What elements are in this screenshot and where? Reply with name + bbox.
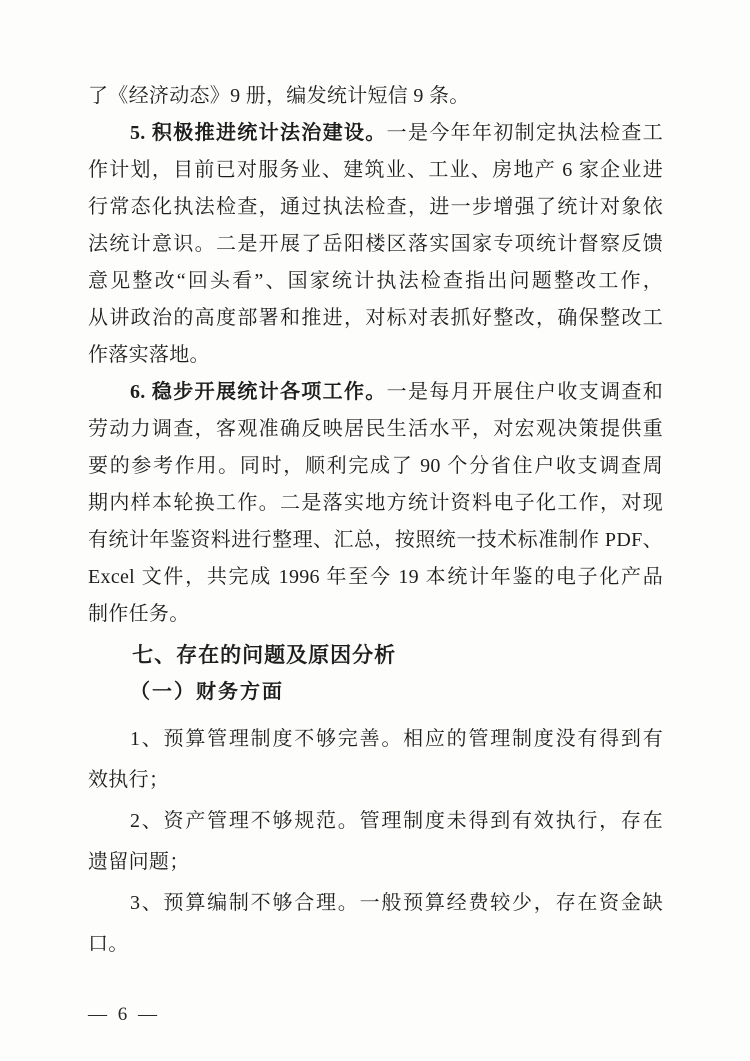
document-page: 了《经济动态》9 册，编发统计短信 9 条。 5. 积极推进统计法治建设。一是今… <box>0 0 750 1061</box>
paragraph-5-start: 5. 积极推进统计法治建设。一是今年年初制定执法检查工 <box>88 115 663 152</box>
text-line: 法统计意识。二是开展了岳阳楼区落实国家专项统计督察反馈 <box>88 226 663 263</box>
heading-text: 七、存在的问题及原因分析 <box>132 644 396 667</box>
text-line: 作落实落地。 <box>88 337 663 374</box>
text-line: Excel 文件，共完成 1996 年至今 19 本统计年鉴的电子化产品 <box>88 559 663 596</box>
text-line: 期内样本轮换工作。二是落实地方统计资料电子化工作，对现 <box>88 485 663 522</box>
text-line: 效执行； <box>88 760 663 801</box>
line-text: 有统计年鉴资料进行整理、汇总，按照统一技术标准制作 PDF、 <box>88 529 663 551</box>
paragraph-6-start: 6. 稳步开展统计各项工作。一是每月开展住户收支调查和 <box>88 374 663 411</box>
line-text: 意见整改“回头看”、国家统计执法检查指出问题整改工作， <box>88 270 663 292</box>
line-text: 法统计意识。二是开展了岳阳楼区落实国家专项统计督察反馈 <box>88 233 663 255</box>
document-body: 了《经济动态》9 册，编发统计短信 9 条。 5. 积极推进统计法治建设。一是今… <box>88 78 663 965</box>
line-text: 行常态化执法检查，通过执法检查，进一步增强了统计对象依 <box>88 196 663 218</box>
line-text: 一是今年年初制定执法检查工 <box>387 122 663 144</box>
section-heading-7: 七、存在的问题及原因分析 <box>88 637 663 674</box>
text-line: 制作任务。 <box>88 596 663 633</box>
text-line: 遗留问题； <box>88 842 663 883</box>
line-text: 效执行； <box>88 769 169 791</box>
line-text: 作落实落地。 <box>88 344 210 366</box>
text-line: 口。 <box>88 924 663 965</box>
text-line: 劳动力调查，客观准确反映居民生活水平，对宏观决策提供重 <box>88 411 663 448</box>
line-text: 一是每月开展住户收支调查和 <box>387 381 663 403</box>
line-text: 口。 <box>88 933 129 955</box>
paragraph-5-heading: 5. 积极推进统计法治建设。 <box>130 122 387 144</box>
line-text: 了《经济动态》9 册，编发统计短信 9 条。 <box>88 85 470 107</box>
line-text: 要的参考作用。同时，顺利完成了 90 个分省住户收支调查周 <box>88 455 663 477</box>
text-line: 行常态化执法检查，通过执法检查，进一步增强了统计对象依 <box>88 189 663 226</box>
line-text: 劳动力调查，客观准确反映居民生活水平，对宏观决策提供重 <box>88 418 663 440</box>
text-line: 有统计年鉴资料进行整理、汇总，按照统一技术标准制作 PDF、 <box>88 522 663 559</box>
text-line: 要的参考作用。同时，顺利完成了 90 个分省住户收支调查周 <box>88 448 663 485</box>
line-text: 作计划，目前已对服务业、建筑业、工业、房地产 6 家企业进 <box>88 159 663 181</box>
line-text: 遗留问题； <box>88 851 190 873</box>
line-text: 3、预算编制不够合理。一般预算经费较少，存在资金缺 <box>130 892 663 914</box>
line-text: 1、预算管理制度不够完善。相应的管理制度没有得到有 <box>130 728 663 750</box>
text-line: 意见整改“回头看”、国家统计执法检查指出问题整改工作， <box>88 263 663 300</box>
paragraph-6-heading: 6. 稳步开展统计各项工作。 <box>130 381 387 403</box>
issue-item-1: 1、预算管理制度不够完善。相应的管理制度没有得到有 <box>88 719 663 760</box>
heading-text: （一）财务方面 <box>130 681 284 703</box>
line-text: 2、资产管理不够规范。管理制度未得到有效执行，存在 <box>130 810 663 832</box>
line-text: 从讲政治的高度部署和推进，对标对表抓好整改，确保整改工 <box>88 307 663 329</box>
subsection-heading-finance: （一）财务方面 <box>88 674 663 711</box>
line-text: Excel 文件，共完成 1996 年至今 19 本统计年鉴的电子化产品 <box>88 566 663 588</box>
text-line: 从讲政治的高度部署和推进，对标对表抓好整改，确保整改工 <box>88 300 663 337</box>
text-line: 了《经济动态》9 册，编发统计短信 9 条。 <box>88 78 663 115</box>
issue-item-3: 3、预算编制不够合理。一般预算经费较少，存在资金缺 <box>88 883 663 924</box>
page-number: — 6 — <box>88 1004 160 1026</box>
line-text: 制作任务。 <box>88 603 190 625</box>
issue-item-2: 2、资产管理不够规范。管理制度未得到有效执行，存在 <box>88 801 663 842</box>
text-line: 作计划，目前已对服务业、建筑业、工业、房地产 6 家企业进 <box>88 152 663 189</box>
line-text: 期内样本轮换工作。二是落实地方统计资料电子化工作，对现 <box>88 492 663 514</box>
